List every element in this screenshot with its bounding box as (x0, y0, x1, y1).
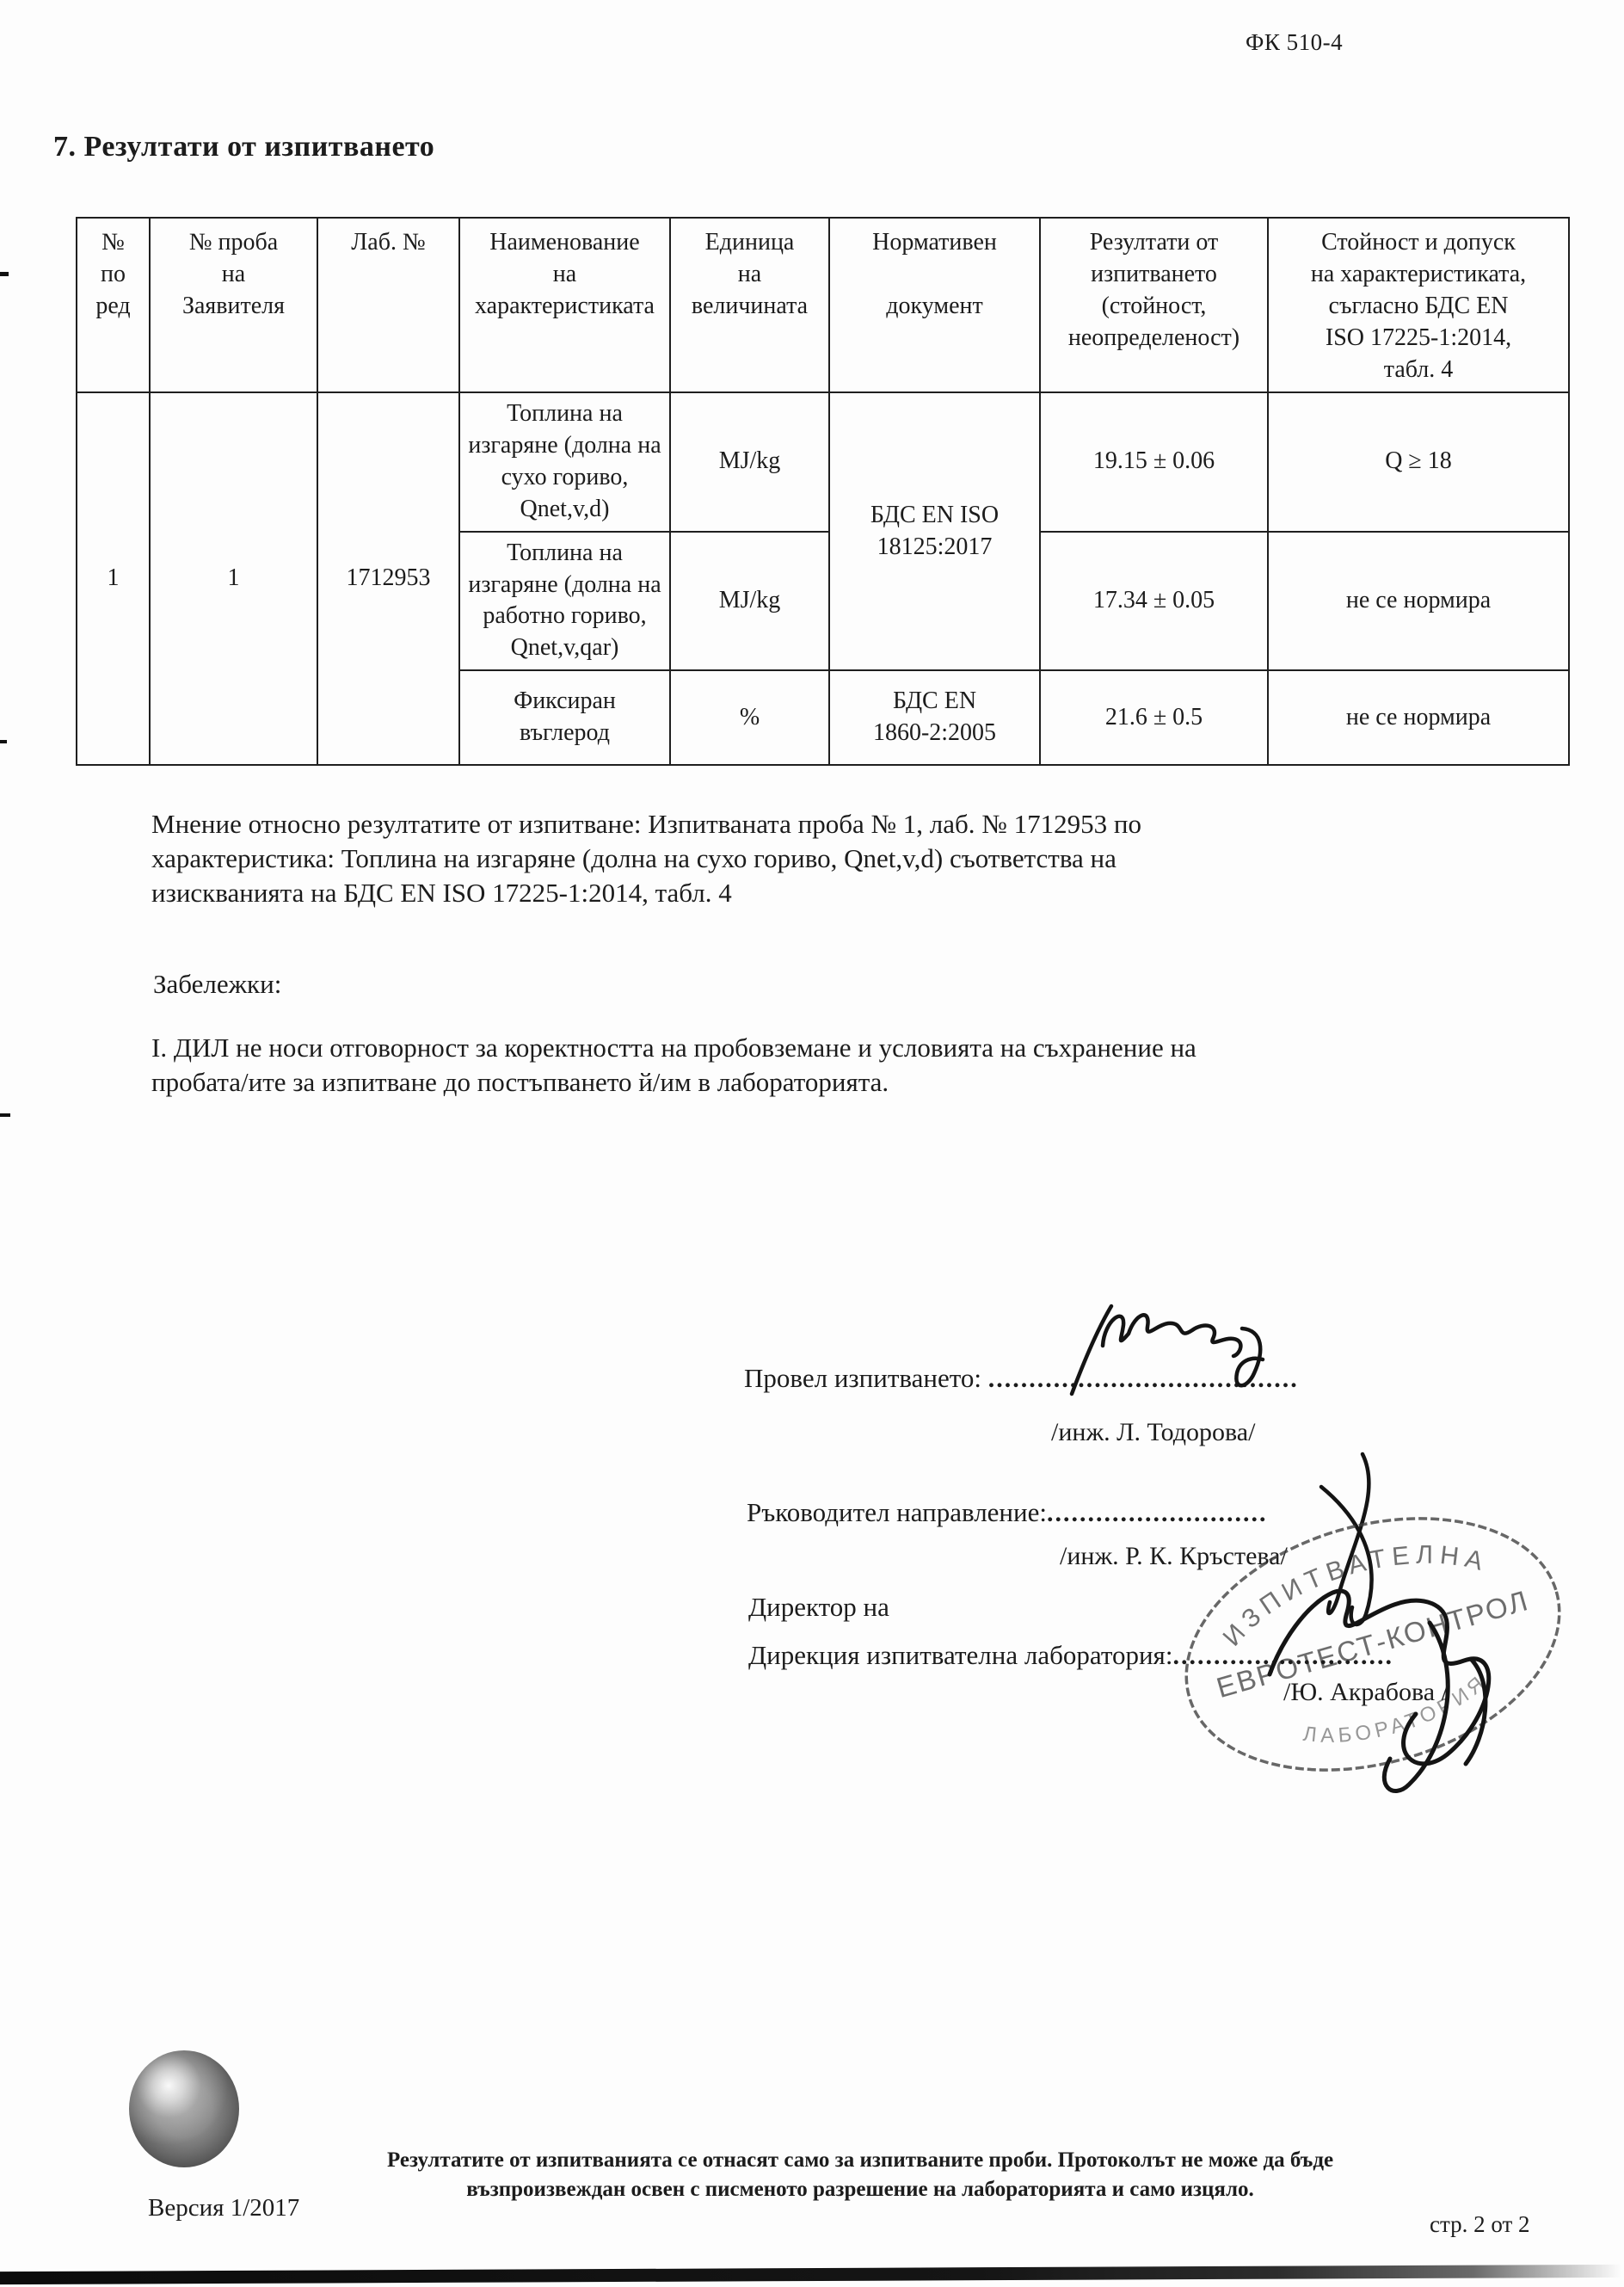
cell-result: 17.34 ± 0.05 (1040, 532, 1268, 671)
header-lab-no: Лаб. № (317, 218, 459, 392)
cell-sample-no: 1 (150, 392, 317, 766)
director-label-line1: Директор на (748, 1592, 889, 1623)
head-of-direction-label: Ръководител направление: (747, 1497, 1047, 1527)
header-standard: Нормативен документ (829, 218, 1040, 392)
cell-standard: БДС EN ISO 18125:2017 (829, 392, 1040, 671)
conducted-by-label: Провел изпитването: (744, 1363, 988, 1393)
scan-artifact-bottom-bar (0, 2265, 1624, 2284)
scanned-document-page: ФК 510-4 7. Резултати от изпитването № п… (0, 0, 1624, 2287)
signature-todorova (1065, 1294, 1297, 1402)
section-title: 7. Резултати от изпитването (53, 131, 434, 163)
results-table: № по ред № проба на Заявителя Лаб. № Наи… (76, 217, 1570, 766)
page-number: стр. 2 от 2 (1430, 2211, 1530, 2238)
scan-artifact (0, 272, 9, 276)
cell-characteristic: Топлина на изгаряне (долна на сухо горив… (459, 392, 670, 532)
header-allowance: Стойност и допуск на характеристиката, с… (1268, 218, 1569, 392)
cell-allowance: не се нормира (1268, 670, 1569, 765)
results-table-wrap: № по ред № проба на Заявителя Лаб. № Наи… (76, 217, 1570, 766)
header-row-no: № по ред (77, 218, 150, 392)
cell-characteristic: Фиксиран въглерод (459, 670, 670, 765)
cell-result: 21.6 ± 0.5 (1040, 670, 1268, 765)
scan-artifact (0, 1113, 10, 1117)
director-name: /Ю. Акрабова / (1283, 1678, 1449, 1707)
scan-artifact (0, 740, 7, 743)
opinion-paragraph: Мнение относно резултатите от изпитване:… (151, 807, 1407, 910)
logo-sphere (129, 2050, 239, 2167)
cell-unit: % (670, 670, 829, 765)
note-text: I. ДИЛ не носи отговорност за коректност… (151, 1031, 1459, 1100)
cell-result: 19.15 ± 0.06 (1040, 392, 1268, 532)
form-code: ФК 510-4 (1246, 29, 1343, 56)
header-characteristic: Наименование на характеристиката (459, 218, 670, 392)
conducted-by-name: /инж. Л. Тодорова/ (1051, 1418, 1255, 1447)
cell-standard: БДС EN 1860-2:2005 (829, 670, 1040, 765)
header-result: Резултати от изпитването (стойност, неоп… (1040, 218, 1268, 392)
cell-allowance: не се нормира (1268, 532, 1569, 671)
cell-row-no: 1 (77, 392, 150, 766)
cell-unit: MJ/kg (670, 392, 829, 532)
director-label-line2: Дирекция изпитвателна лаборатория: (748, 1640, 1172, 1670)
table-header-row: № по ред № проба на Заявителя Лаб. № Наи… (77, 218, 1569, 392)
notes-title: Забележки: (153, 969, 281, 1000)
header-unit: Единица на величината (670, 218, 829, 392)
footer-disclaimer: Резултатите от изпитванията се отнасят с… (258, 2146, 1462, 2204)
cell-lab-no: 1712953 (317, 392, 459, 766)
signature-akrabova (1246, 1530, 1529, 1814)
header-sample-no: № проба на Заявителя (150, 218, 317, 392)
cell-unit: MJ/kg (670, 532, 829, 671)
cell-characteristic: Топлина на изгаряне (долна на работно го… (459, 532, 670, 671)
table-row: 1 1 1712953 Топлина на изгаряне (долна н… (77, 392, 1569, 532)
cell-allowance: Q ≥ 18 (1268, 392, 1569, 532)
